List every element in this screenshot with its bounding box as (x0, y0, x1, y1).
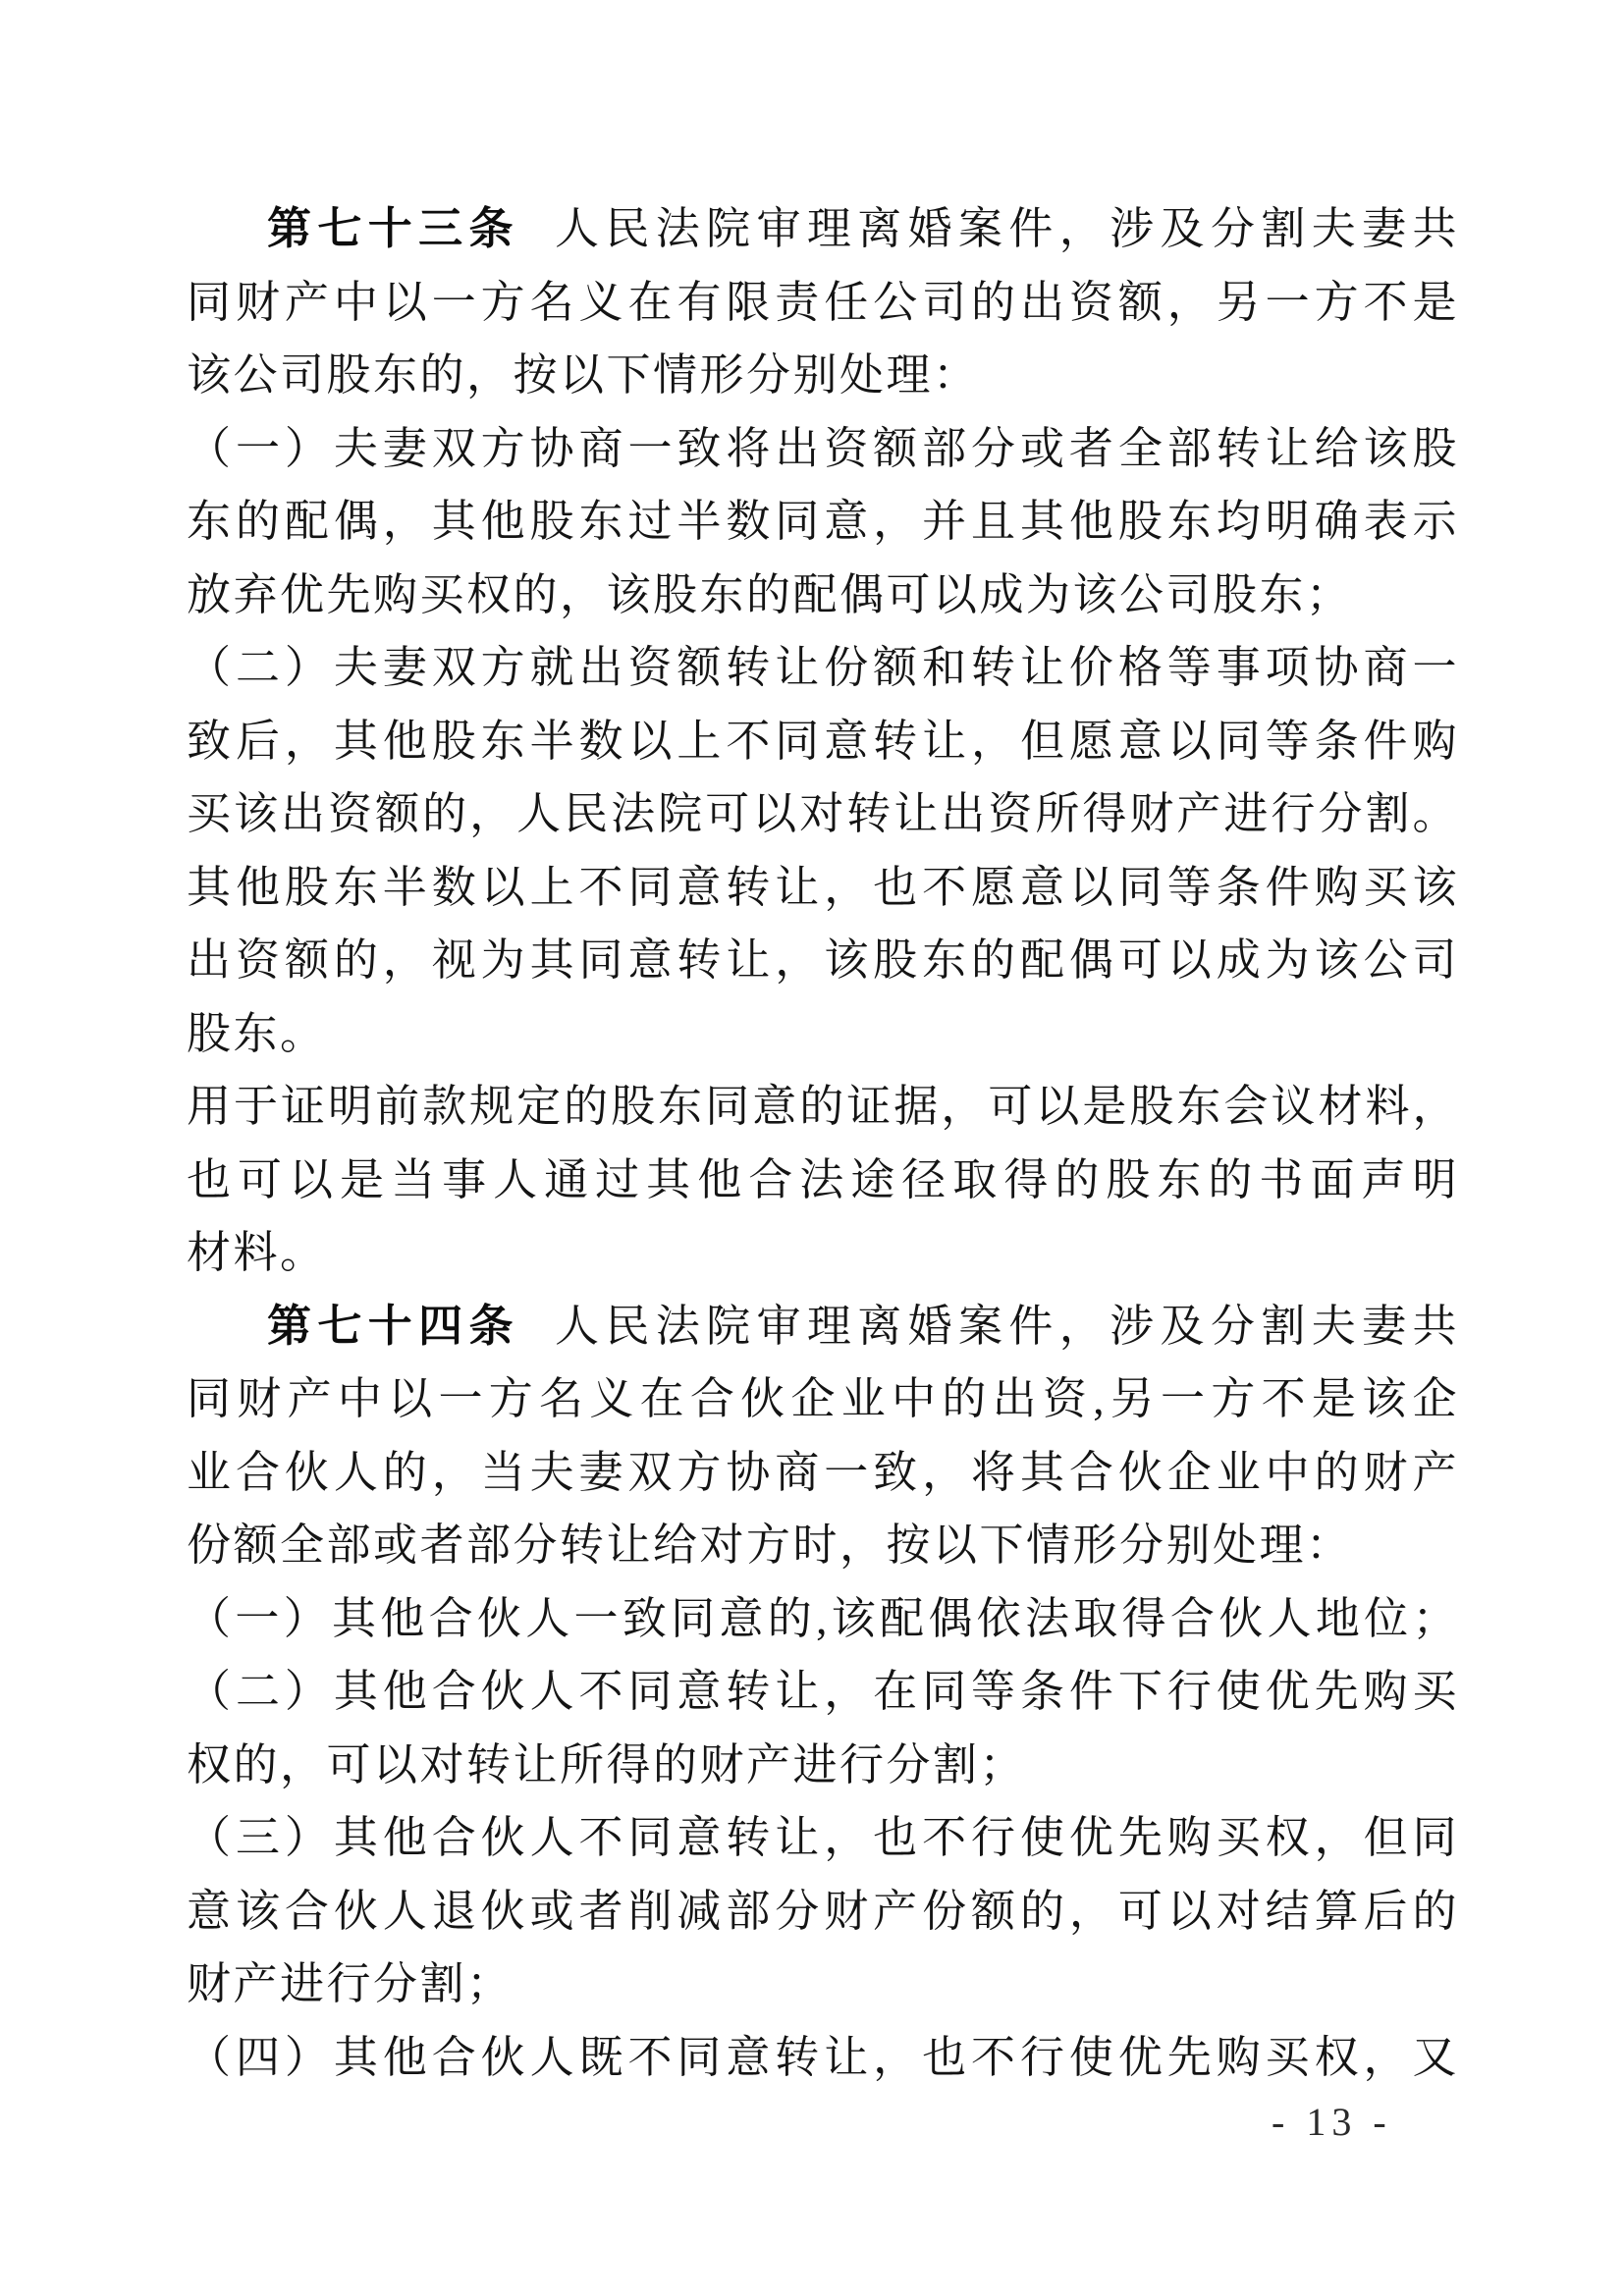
text-line: （一）夫妻双方协商一致将出资额部分或者全部转让给该股 (187, 412, 1459, 486)
text-line: （三）其他合伙人不同意转让，也不行使优先购买权，但同 (187, 1801, 1459, 1875)
article-74-heading-line: 第七十四条人民法院审理离婚案件，涉及分割夫妻共 (187, 1290, 1459, 1363)
line-text: 人民法院审理离婚案件，涉及分割夫妻共 (555, 1302, 1459, 1351)
text-line: 东的配偶，其他股东过半数同意，并且其他股东均明确表示 (187, 485, 1459, 559)
document-page: 第七十三条人民法院审理离婚案件，涉及分割夫妻共 同财产中以一方名义在有限责任公司… (0, 0, 1624, 2296)
text-line: （一）其他合伙人一致同意的,该配偶依法取得合伙人地位； (187, 1582, 1459, 1656)
article-73-heading-line: 第七十三条人民法院审理离婚案件，涉及分割夫妻共 (187, 192, 1459, 266)
text-line: 同财产中以一方名义在有限责任公司的出资额，另一方不是 (187, 266, 1459, 340)
text-line: （二）其他合伙人不同意转让，在同等条件下行使优先购买 (187, 1655, 1459, 1729)
line-text: 人民法院审理离婚案件，涉及分割夫妻共 (555, 204, 1459, 253)
article-number: 第七十四条 (267, 1301, 519, 1351)
text-line: 业合伙人的，当夫妻双方协商一致，将其合伙企业中的财产 (187, 1436, 1459, 1510)
text-line: 致后，其他股东半数以上不同意转让，但愿意以同等条件购 (187, 705, 1459, 778)
text-line: 意该合伙人退伙或者削减部分财产份额的，可以对结算后的 (187, 1875, 1459, 1949)
text-line: 财产进行分割； (187, 1948, 1459, 2021)
text-line: （二）夫妻双方就出资额转让份额和转让价格等事项协商一 (187, 631, 1459, 705)
text-line: 该公司股东的，按以下情形分别处理： (187, 339, 1459, 412)
text-line: 买该出资额的，人民法院可以对转让出资所得财产进行分割。 (187, 777, 1459, 851)
text-line: 其他股东半数以上不同意转让，也不愿意以同等条件购买该 (187, 851, 1459, 925)
text-line: （四）其他合伙人既不同意转让，也不行使优先购买权，又 (187, 2021, 1459, 2095)
text-line: 也可以是当事人通过其他合法途径取得的股东的书面声明 (187, 1144, 1459, 1217)
text-block: 第七十三条人民法院审理离婚案件，涉及分割夫妻共 同财产中以一方名义在有限责任公司… (187, 192, 1459, 2094)
page-number: - 13 - (1272, 2099, 1392, 2145)
text-line: 用于证明前款规定的股东同意的证据，可以是股东会议材料， (187, 1070, 1459, 1144)
text-line: 股东。 (187, 997, 1459, 1071)
text-line: 同财产中以一方名义在合伙企业中的出资,另一方不是该企 (187, 1362, 1459, 1436)
article-number: 第七十三条 (267, 203, 519, 253)
text-line: 出资额的，视为其同意转让，该股东的配偶可以成为该公司 (187, 924, 1459, 997)
text-line: 放弃优先购买权的，该股东的配偶可以成为该公司股东； (187, 559, 1459, 632)
text-line: 份额全部或者部分转让给对方时，按以下情形分别处理： (187, 1509, 1459, 1582)
text-line: 权的，可以对转让所得的财产进行分割； (187, 1729, 1459, 1802)
text-line: 材料。 (187, 1216, 1459, 1290)
